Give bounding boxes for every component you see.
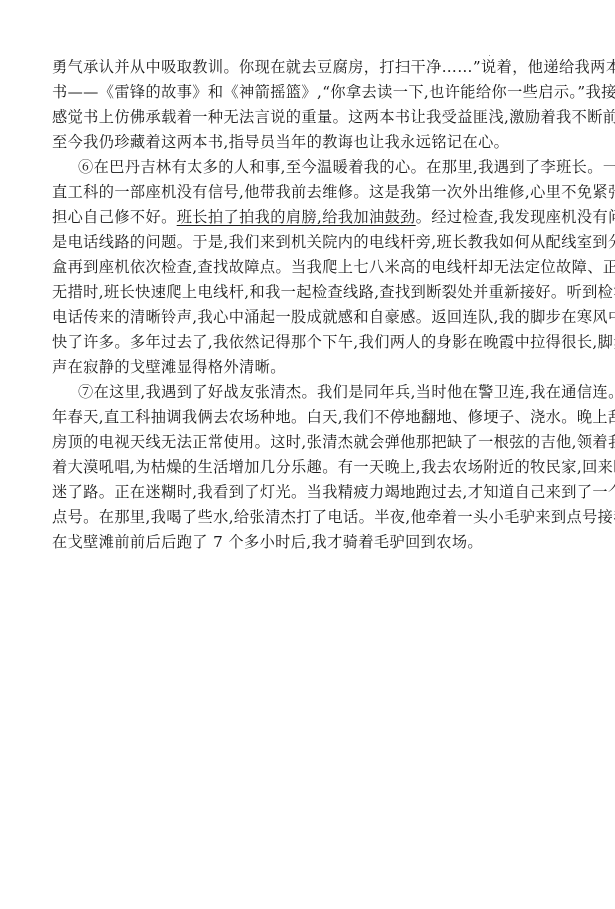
- text-line: 房顶的电视天线无法正常使用。这时,张清杰就会弹他那把缺了一根弦的吉他,领着我对: [52, 432, 572, 452]
- text-line: 点号。在那里,我喝了些水,给张清杰打了电话。半夜,他牵着一头小毛驴来到点号接我。: [52, 507, 572, 527]
- text-line-with-underline: 担心自己修不好。班长拍了拍我的肩膀,给我加油鼓劲。经过检查,我发现座机没有问题,: [52, 207, 572, 227]
- text-line: 感觉书上仿佛承载着一种无法言说的重量。这两本书让我受益匪浅,激励着我不断前行。: [52, 107, 572, 127]
- paragraph-6-start: ⑥在巴丹吉林有太多的人和事,至今温暖着我的心。在那里,我遇到了李班长。一次,: [78, 157, 572, 177]
- text-line: 在戈壁滩前前后后跑了 7 个多小时后,我才骑着毛驴回到农场。: [52, 532, 572, 552]
- exam-page: 勇气承认并从中吸取教训。你现在就去豆腐房，打扫干净……”说着，他递给我两本 书—…: [0, 0, 615, 909]
- text-line: 无措时,班长快速爬上电线杆,和我一起检查线路,查找到断裂处并重新接好。听到检测: [52, 282, 572, 302]
- text-line: 勇气承认并从中吸取教训。你现在就去豆腐房，打扫干净……”说着，他递给我两本: [52, 57, 572, 77]
- text-line: 电话传来的清晰铃声,我心中涌起一股成就感和自豪感。返回连队,我的脚步在寒风中轻: [52, 307, 572, 327]
- text-line: 书——《雷锋的故事》和《神箭摇篮》,“你拿去读一下,也许能给你一些启示。”我接过…: [52, 82, 572, 102]
- text-line: 是电话线路的问题。于是,我们来到机关院内的电线杆旁,班长教我如何从配线室到分线: [52, 232, 572, 252]
- text-line: 至今我仍珍藏着这两本书,指导员当年的教诲也让我永远铭记在心。: [52, 132, 572, 152]
- text-line: 声在寂静的戈壁滩显得格外清晰。: [52, 357, 572, 377]
- text-segment: 担心自己修不好。: [52, 208, 177, 226]
- paragraph-7-start: ⑦在这里,我遇到了好战友张清杰。我们是同年兵,当时他在警卫连,我在通信连。那: [78, 382, 572, 402]
- text-line: 盒再到座机依次检查,查找故障点。当我爬上七八米高的电线杆却无法定位故障、正手足: [52, 257, 572, 277]
- text-line: 快了许多。多年过去了,我依然记得那个下午,我们两人的身影在晚霞中拉得很长,脚步: [52, 332, 572, 352]
- text-line: 直工科的一部座机没有信号,他带我前去维修。这是我第一次外出维修,心里不免紧张,: [52, 182, 572, 202]
- text-segment: 。经过检查,我发现座机没有问题,: [416, 208, 615, 226]
- text-line: 着大漠吼唱,为枯燥的生活增加几分乐趣。有一天晚上,我去农场附近的牧民家,回来时: [52, 457, 572, 477]
- text-line: 迷了路。正在迷糊时,我看到了灯光。当我精疲力竭地跑过去,才知道自己来到了一个小: [52, 482, 572, 502]
- underlined-sentence: 班长拍了拍我的肩膀,给我加油鼓劲: [177, 208, 416, 226]
- scan-speck: [489, 55, 490, 56]
- text-line: 年春天,直工科抽调我俩去农场种地。白天,我们不停地翻地、修埂子、浇水。晚上刮大风…: [52, 407, 572, 427]
